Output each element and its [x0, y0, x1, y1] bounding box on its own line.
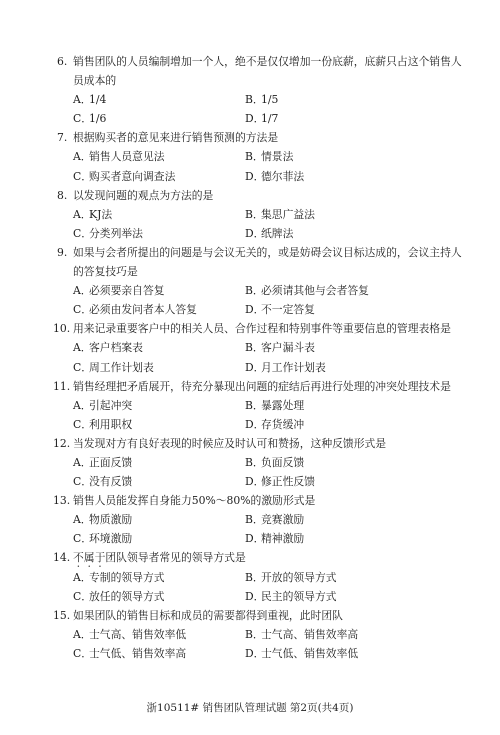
question-number: 9.: [53, 243, 73, 262]
question-text: 如果与会者所提出的问题是与会议无关的，或是妨碍会议目标达成的，会议主持人: [73, 243, 462, 262]
question-number: 6.: [53, 52, 73, 71]
option-c: C．必须由发问者本人答复: [73, 300, 197, 319]
question-text: 如果团队的销售目标和成员的需要都得到重视，此时团队: [73, 606, 343, 625]
exam-page: 6.销售团队的人员编制增加一个人，绝不是仅仅增加一份底薪，底薪只占这个销售人 员…: [0, 0, 500, 735]
question-number: 7.: [53, 128, 73, 147]
question-text: 销售经理把矛盾展开，待充分暴现出问题的症结后再进行处理的冲突处理技术是: [73, 377, 451, 396]
option-b: B．情景法: [245, 147, 293, 166]
option-c: C．周工作计划表: [73, 358, 154, 377]
option-c: C．没有反馈: [73, 472, 132, 491]
option-d: D．1/7: [245, 109, 278, 128]
option-b: B．暴露处理: [245, 396, 304, 415]
option-d: D．士气低、销售效率低: [245, 644, 358, 663]
question-number: 13.: [53, 491, 73, 510]
question-text-continued: 的答复技巧是: [73, 265, 138, 278]
question-number: 12.: [53, 434, 73, 453]
question-12: 12.当发现对方有良好表现的时候应及时认可和赞扬，这种反馈形式是 A．正面反馈B…: [53, 434, 493, 491]
question-9: 9.如果与会者所提出的问题是与会议无关的，或是妨碍会议目标达成的，会议主持人 的…: [53, 243, 493, 319]
option-d: D．精神激励: [245, 529, 304, 548]
question-15: 15.如果团队的销售目标和成员的需要都得到重视，此时团队 A．士气高、销售效率低…: [53, 606, 493, 663]
option-b: B．竞赛激励: [245, 510, 304, 529]
question-text: 用来记录重要客户中的相关人员、合作过程和特别事件等重要信息的管理表格是: [73, 319, 451, 338]
question-13: 13.销售人员能发挥自身能力50%～80%的激励形式是 A．物质激励B．竞赛激励…: [53, 491, 493, 548]
question-7: 7.根据购买者的意见来进行销售预测的方法是 A．销售人员意见法B．情景法 C．购…: [53, 128, 493, 185]
option-d: D．修正性反馈: [245, 472, 315, 491]
option-d: D．纸牌法: [245, 224, 293, 243]
option-b: B．1/5: [245, 90, 278, 109]
page-footer: 浙10511# 销售团队管理试题 第2页(共4页): [0, 700, 500, 715]
option-b: B．集思广益法: [245, 205, 315, 224]
question-text: 当发现对方有良好表现的时候应及时认可和赞扬，这种反馈形式是: [73, 434, 386, 453]
option-a: A．销售人员意见法: [73, 147, 165, 166]
option-a: A．客户档案表: [73, 338, 143, 357]
question-text: 根据购买者的意见来进行销售预测的方法是: [73, 128, 278, 147]
option-c: C．士气低、销售效率高: [73, 644, 186, 663]
option-c: C．环境激励: [73, 529, 132, 548]
option-c: C．购买者意向调查法: [73, 167, 175, 186]
option-a: A．1/4: [73, 90, 106, 109]
question-number: 15.: [53, 606, 73, 625]
question-text: 销售人员能发挥自身能力50%～80%的激励形式是: [73, 491, 315, 510]
option-a: A．KJ法: [73, 205, 112, 224]
option-a: A．士气高、销售效率低: [73, 625, 186, 644]
option-d: D．不一定答复: [245, 300, 315, 319]
emphasized-text: 不属于: [73, 551, 105, 564]
option-c: C．分类列举法: [73, 224, 143, 243]
question-number: 10.: [53, 319, 73, 338]
option-b: B．必须请其他与会者答复: [245, 281, 369, 300]
question-text: 以发现问题的观点为方法的是: [73, 186, 213, 205]
question-number: 14.: [53, 548, 73, 567]
option-c: C．1/6: [73, 109, 106, 128]
option-a: A．正面反馈: [73, 453, 132, 472]
question-list: 6.销售团队的人员编制增加一个人，绝不是仅仅增加一份底薪，底薪只占这个销售人 员…: [53, 52, 493, 663]
question-10: 10.用来记录重要客户中的相关人员、合作过程和特别事件等重要信息的管理表格是 A…: [53, 319, 493, 376]
question-8: 8.以发现问题的观点为方法的是 A．KJ法B．集思广益法 C．分类列举法D．纸牌…: [53, 186, 493, 243]
option-c: C．放任的领导方式: [73, 587, 165, 606]
question-14: 14.不属于团队领导者常见的领导方式是 A．专制的领导方式B．开放的领导方式 C…: [53, 548, 493, 605]
option-a: A．引起冲突: [73, 396, 132, 415]
option-d: D．存货缓冲: [245, 415, 304, 434]
question-11: 11.销售经理把矛盾展开，待充分暴现出问题的症结后再进行处理的冲突处理技术是 A…: [53, 377, 493, 434]
option-b: B．负面反馈: [245, 453, 304, 472]
question-number: 8.: [53, 186, 73, 205]
option-d: D．民主的领导方式: [245, 587, 337, 606]
question-text-continued: 员成本的: [73, 74, 116, 87]
question-6: 6.销售团队的人员编制增加一个人，绝不是仅仅增加一份底薪，底薪只占这个销售人 员…: [53, 52, 493, 128]
option-b: B．客户漏斗表: [245, 338, 315, 357]
question-text: 销售团队的人员编制增加一个人，绝不是仅仅增加一份底薪，底薪只占这个销售人: [73, 52, 462, 71]
option-a: A．专制的领导方式: [73, 568, 165, 587]
option-a: A．必须要亲自答复: [73, 281, 165, 300]
option-d: D．德尔菲法: [245, 167, 304, 186]
question-number: 11.: [53, 377, 73, 396]
option-d: D．月工作计划表: [245, 358, 326, 377]
option-a: A．物质激励: [73, 510, 132, 529]
option-c: C．利用职权: [73, 415, 132, 434]
option-b: B．士气高、销售效率高: [245, 625, 358, 644]
option-b: B．开放的领导方式: [245, 568, 337, 587]
